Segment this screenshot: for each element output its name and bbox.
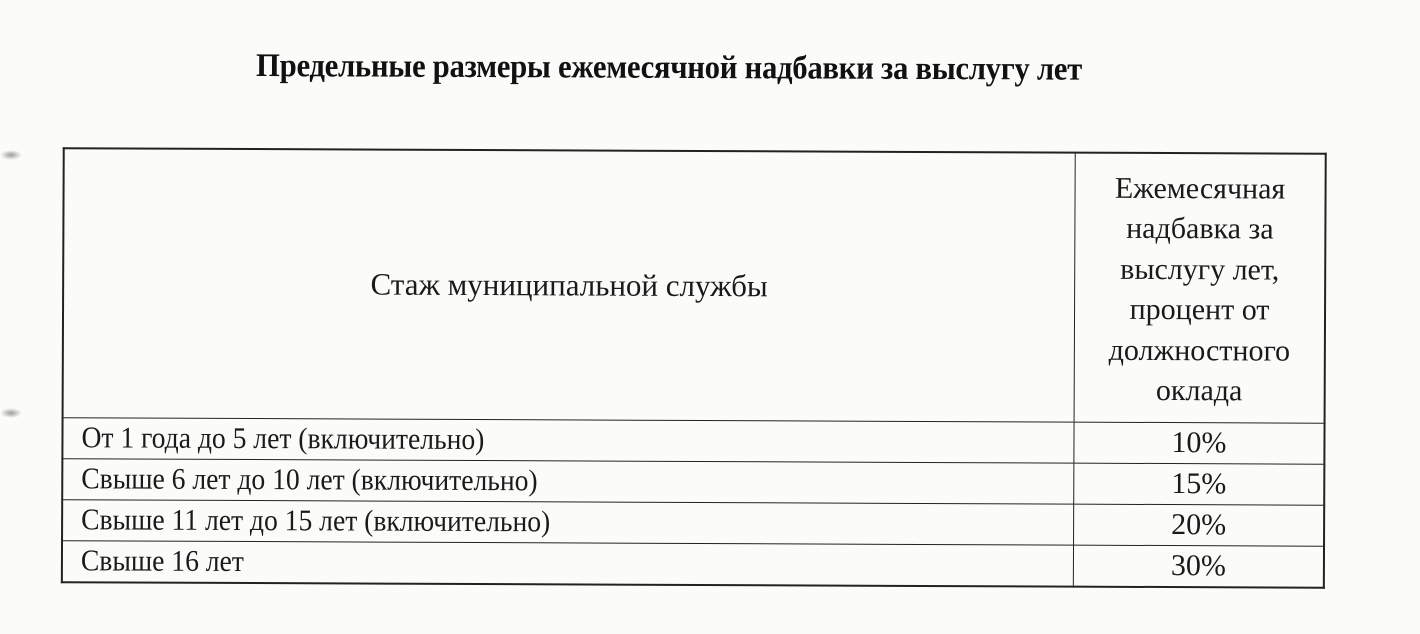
table-header-row: Стаж муниципальной службы Ежемесячная на… <box>63 148 1326 423</box>
tenure-cell: От 1 года до 5 лет (включительно) <box>62 418 1074 463</box>
percent-cell: 10% <box>1074 422 1325 464</box>
document-title: Предельные размеры ежемесячной надбавки … <box>256 48 1082 89</box>
seniority-bonus-table: Стаж муниципальной службы Ежемесячная на… <box>61 147 1327 589</box>
table-row: Свыше 6 лет до 10 лет (включительно) 15% <box>62 459 1324 506</box>
percent-cell: 20% <box>1074 504 1325 546</box>
tenure-cell: Свыше 11 лет до 15 лет (включительно) <box>62 500 1074 545</box>
tenure-cell: Свыше 16 лет <box>62 541 1074 587</box>
header-percent: Ежемесячная надбавка за выслугу лет, про… <box>1074 153 1326 424</box>
table-row: Свыше 16 лет 30% <box>62 541 1324 588</box>
document-page: Предельные размеры ежемесячной надбавки … <box>0 0 1420 634</box>
percent-cell: 30% <box>1073 545 1324 588</box>
percent-cell: 15% <box>1074 463 1325 505</box>
tenure-cell: Свыше 6 лет до 10 лет (включительно) <box>62 459 1074 504</box>
table-row: Свыше 11 лет до 15 лет (включительно) 20… <box>62 500 1324 547</box>
table-row: От 1 года до 5 лет (включительно) 10% <box>62 418 1324 465</box>
header-tenure: Стаж муниципальной службы <box>63 148 1076 422</box>
